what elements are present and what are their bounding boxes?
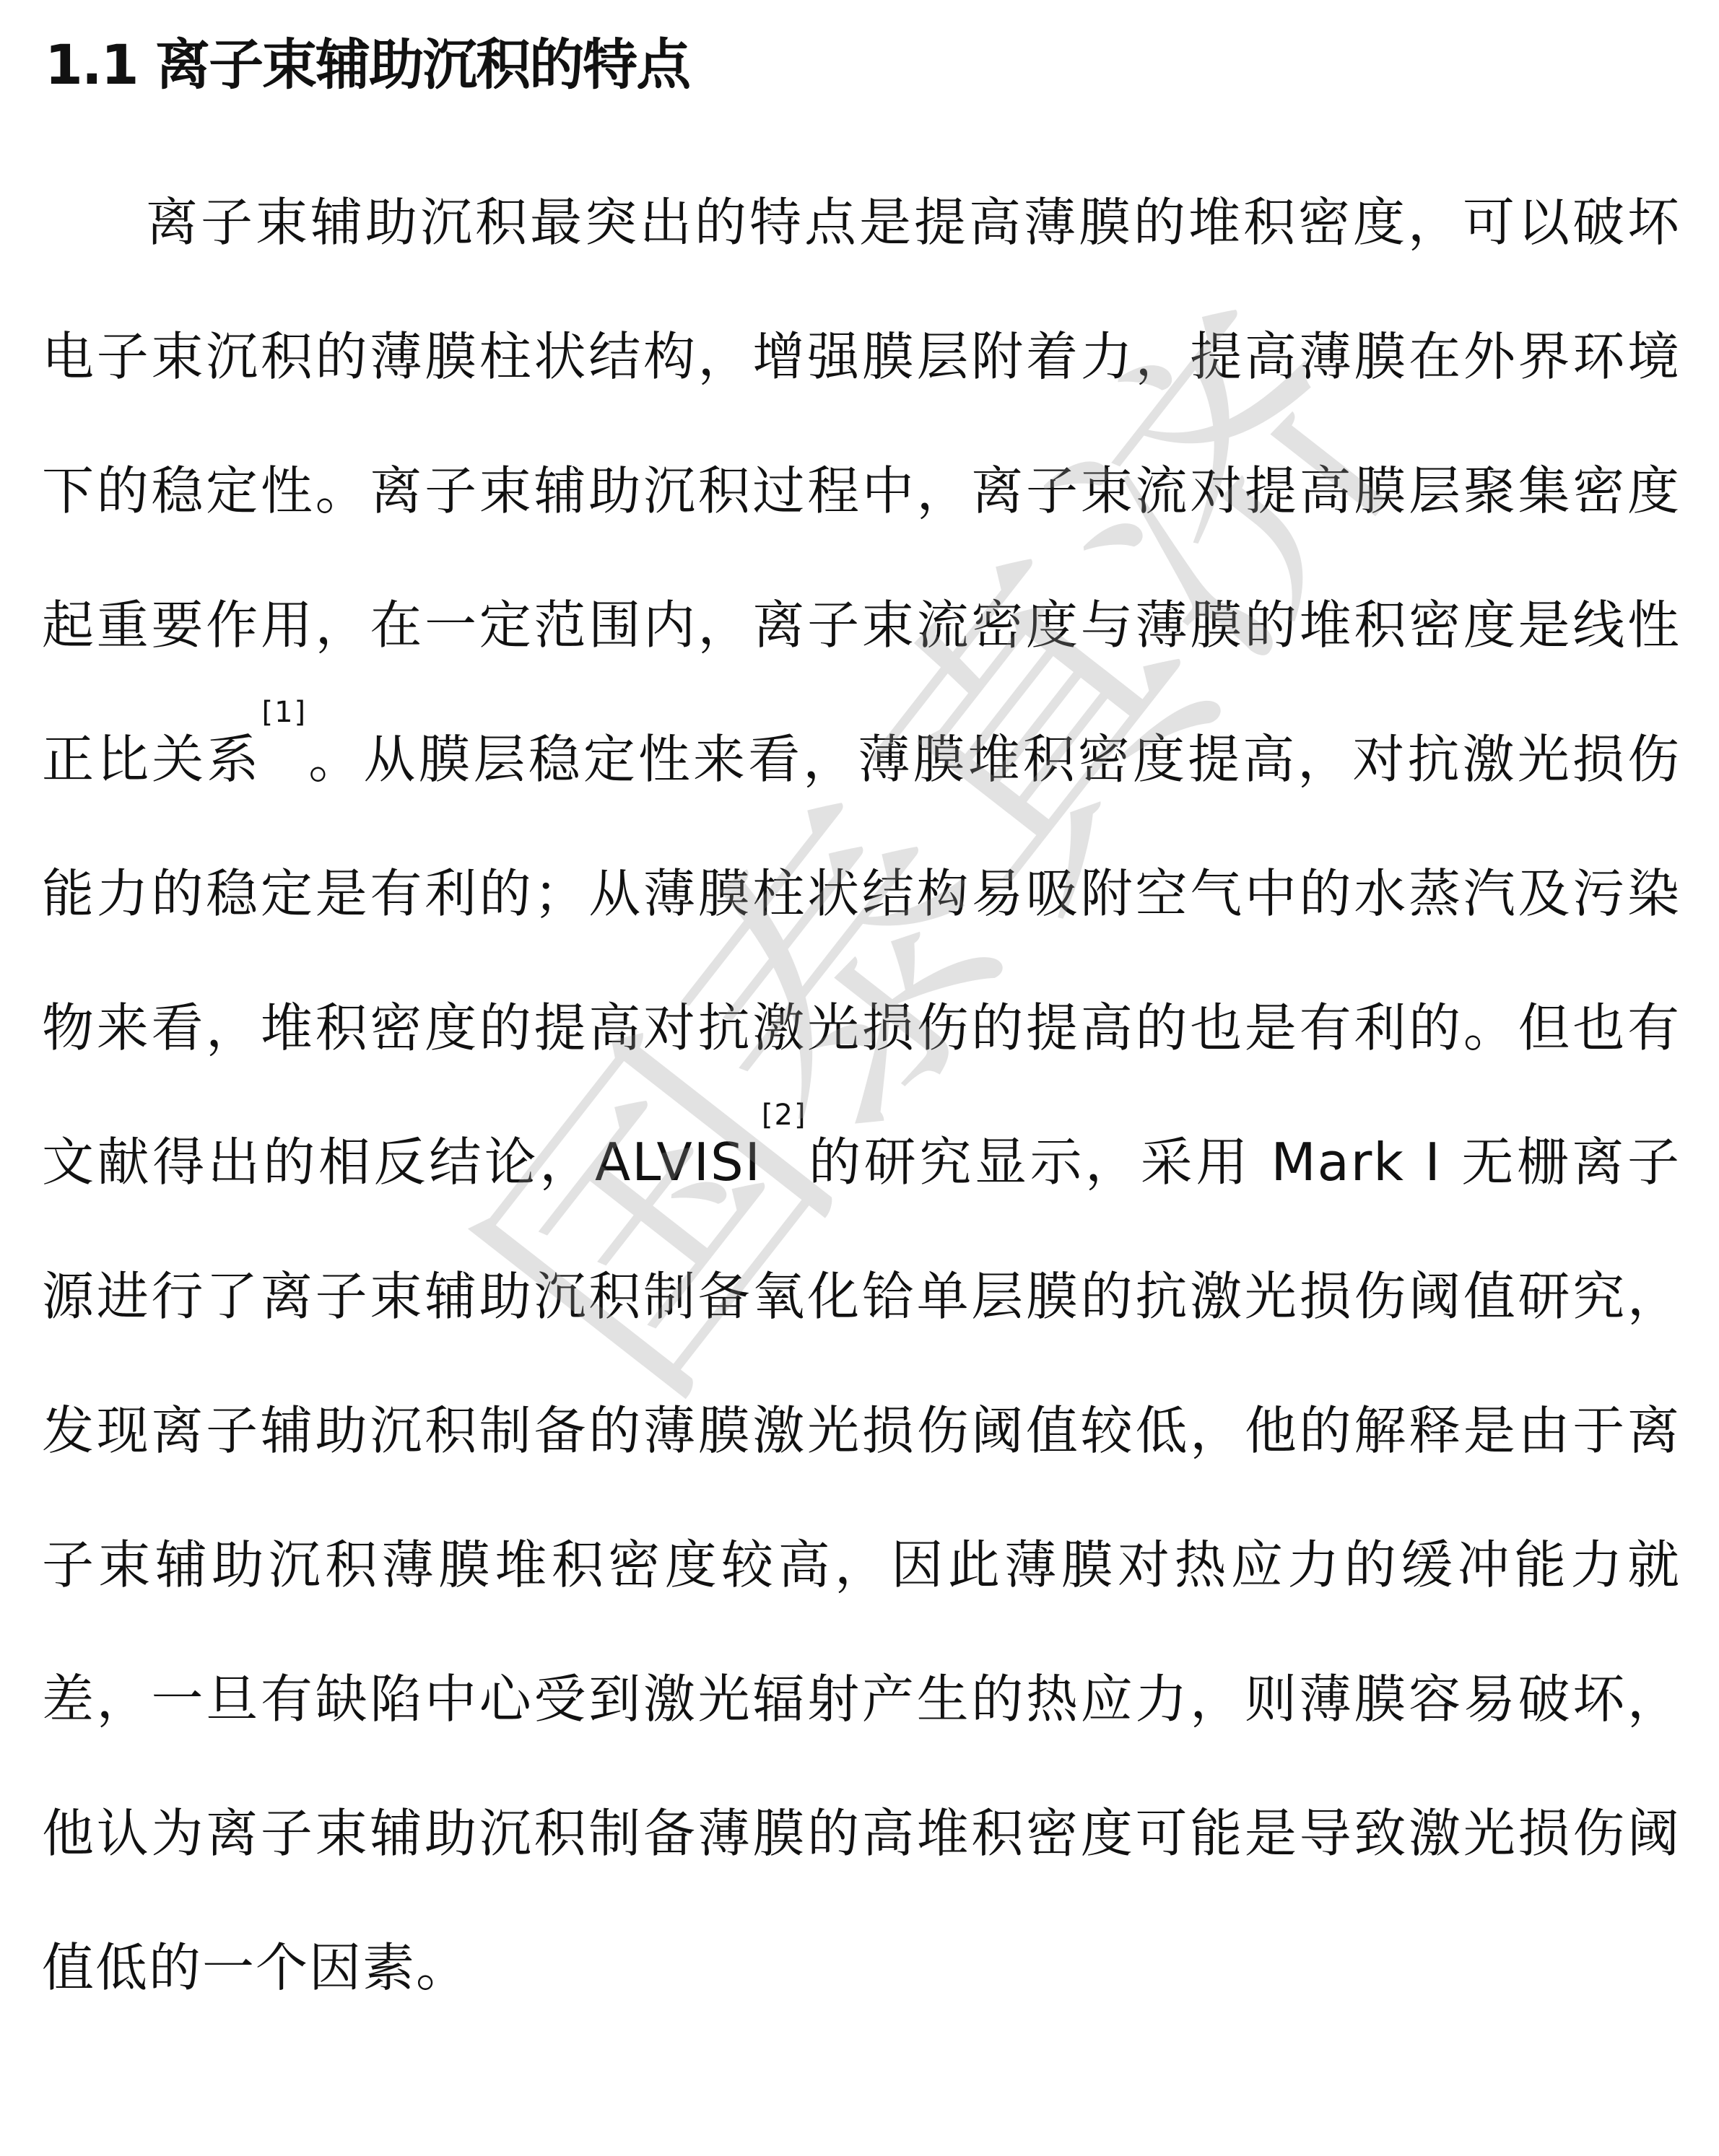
paragraph-part-3: 的研究显示，采用 Mark I 无栅离子源进行了离子束辅助沉积制备氧化铪单层膜的…: [42, 1132, 1681, 1998]
section-heading: 1.1 离子束辅助沉积的特点: [45, 29, 689, 101]
citation-2[interactable]: [2]: [762, 1099, 807, 1132]
citation-1[interactable]: [1]: [261, 696, 307, 729]
body-paragraph: 离子束辅助沉积最突出的特点是提高薄膜的堆积密度，可以破坏电子束沉积的薄膜柱状结构…: [42, 155, 1681, 2035]
paragraph-part-2: 。从膜层稳定性来看，薄膜堆积密度提高，对抗激光损伤能力的稳定是有利的；从薄膜柱状…: [42, 729, 1681, 1192]
paragraph-text: 离子束辅助沉积最突出的特点是提高薄膜的堆积密度，可以破坏电子束沉积的薄膜柱状结构…: [42, 155, 1681, 2035]
